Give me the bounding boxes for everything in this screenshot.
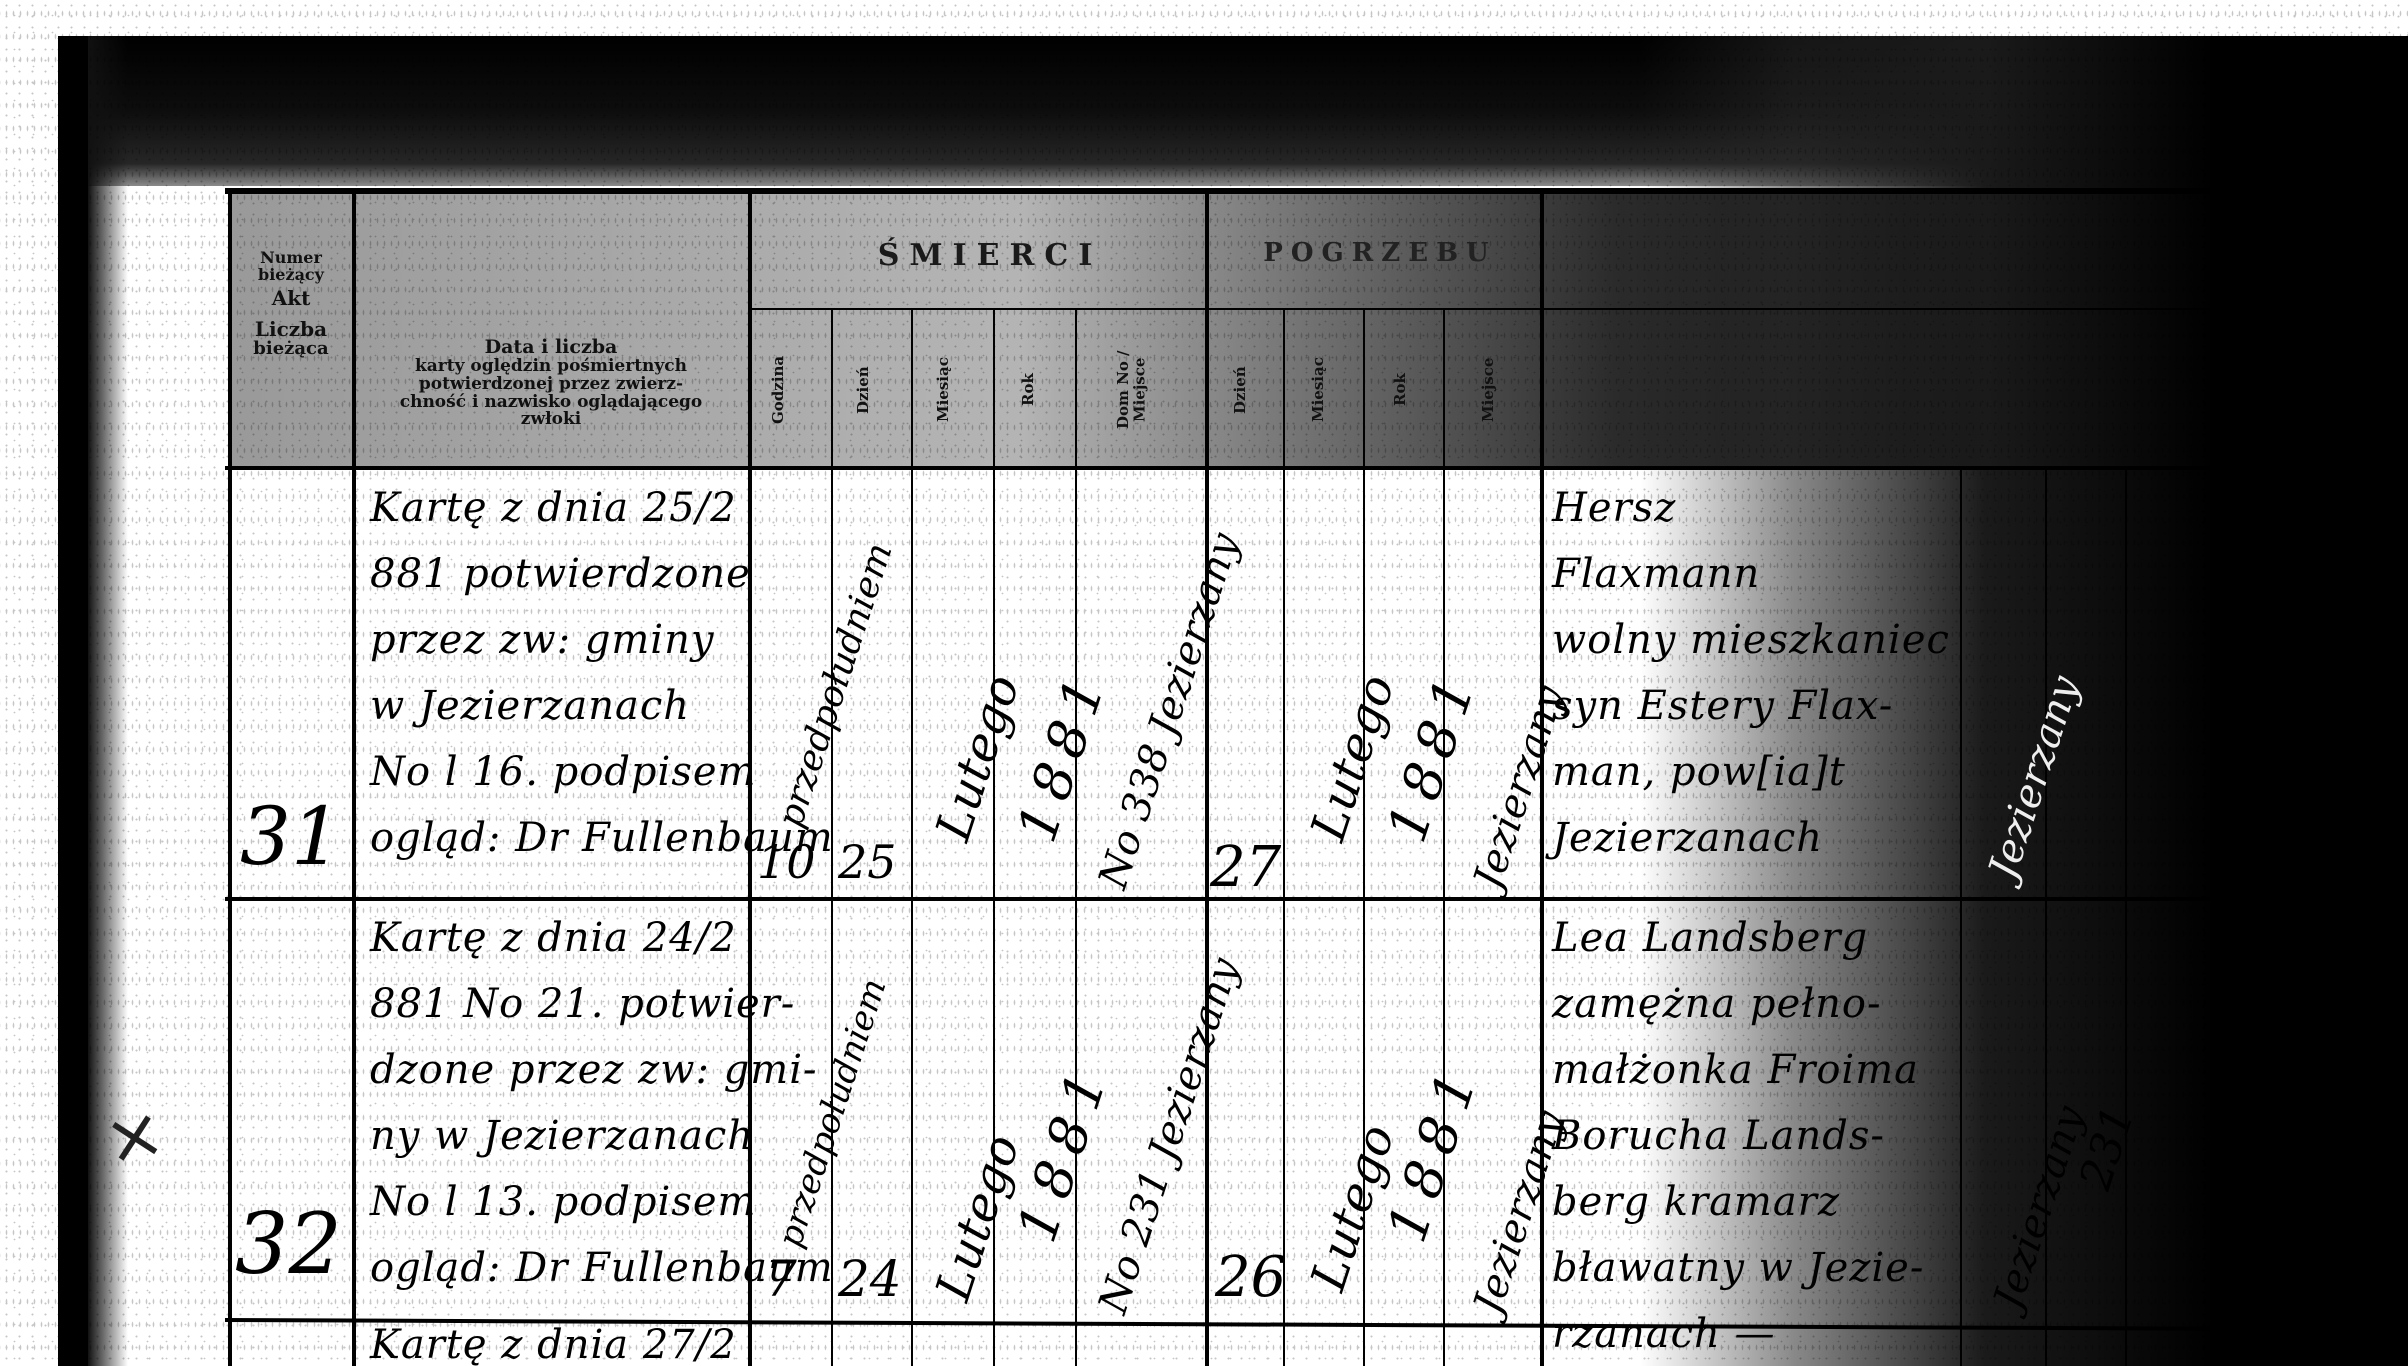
deceased-line: bławatny w Jezie- (1552, 1235, 1924, 1301)
row-31-number: 31 (240, 790, 342, 883)
header-burial-month: Miesiąc (1310, 320, 1327, 460)
row-32-death-day: 24 (838, 1250, 902, 1308)
scan-edge-right-solid (2210, 150, 2408, 950)
row-32-register-note: Kartę z dnia 24/2 881 No 21. potwier- dz… (370, 905, 834, 1301)
row-31-death-day: 25 (838, 835, 897, 889)
col-line-12 (1960, 470, 1962, 1366)
header-register-line: potwierdzonej przez zwierz- (356, 376, 746, 394)
row-33-register-note: Kartę z dnia 27/2 (370, 1322, 737, 1366)
deceased-line: Lea Landsberg (1552, 905, 1924, 971)
row-32-burial-day: 26 (1215, 1245, 1286, 1310)
col-line-14 (2125, 470, 2127, 1366)
header-number-line: bieżąca (232, 340, 350, 359)
header-death-day: Dzień (855, 320, 872, 460)
row-32-number: 32 (235, 1195, 342, 1293)
note-line: ny w Jezierzanach (370, 1103, 834, 1169)
header-death-hour: Godzina (770, 320, 787, 460)
row-32-death-hour: 7 (765, 1250, 797, 1308)
col-line-7 (1205, 188, 1209, 1366)
deceased-line: wolny mieszkaniec (1552, 607, 1950, 673)
header-burial-day: Dzień (1232, 320, 1249, 460)
col-line-15 (2212, 150, 2226, 1366)
row-31-burial-day: 27 (1210, 835, 1281, 900)
deceased-line: małżonka Froima (1552, 1037, 1924, 1103)
deceased-line: Borucha Lands- (1552, 1103, 1924, 1169)
header-death-group: ŚMIERCI (800, 240, 1180, 272)
note-line: No l 16. podpisem (370, 739, 834, 805)
deceased-line: berg kramarz (1552, 1169, 1924, 1235)
note-line: 881 potwierdzone (370, 541, 834, 607)
table-top-border (225, 188, 2215, 194)
note-line: w Jezierzanach (370, 673, 834, 739)
header-number-line: Akt (232, 288, 350, 309)
header-burial-year: Rok (1392, 320, 1409, 460)
header-number-line: Liczba (232, 319, 350, 340)
row-31-register-note: Kartę z dnia 25/2 881 potwierdzone przez… (370, 475, 834, 871)
note-line: dzone przez zw: gmi- (370, 1037, 834, 1103)
row-32-deceased: Lea Landsberg zamężna pełno- małżonka Fr… (1552, 905, 1924, 1366)
header-burial-group: POGRZEBU (1230, 240, 1530, 267)
header-register-line: zwłoki (356, 411, 746, 429)
header-death-year: Rok (1020, 320, 1037, 460)
header-register-col: Data i liczba karty oględzin pośmiertnyc… (356, 338, 746, 429)
note-line: No l 13. podpisem (370, 1169, 834, 1235)
col-line-4 (911, 308, 913, 1366)
deceased-line: Flaxmann (1552, 541, 1950, 607)
header-death-month: Miesiąc (935, 320, 952, 460)
row-31-death-hour: 10 (757, 835, 816, 889)
col-line-0 (228, 188, 232, 1366)
row-31-deceased: Hersz Flaxmann wolny mieszkaniec syn Est… (1552, 475, 1950, 871)
header-number-col: Numer bieżący Akt Liczba bieżąca (232, 250, 350, 358)
header-register-line: Data i liczba (356, 338, 746, 358)
scan-edge-left (58, 36, 88, 1366)
header-bottom-border (225, 466, 2215, 470)
deceased-line: Jezierzanach (1552, 805, 1950, 871)
note-line: przez zw: gminy (370, 607, 834, 673)
deceased-line: zamężna pełno- (1552, 971, 1924, 1037)
header-number-line: bieżący (232, 267, 350, 284)
deceased-line: Hersz (1552, 475, 1950, 541)
note-line: Kartę z dnia 24/2 (370, 905, 834, 971)
deceased-line: man, pow[ia]t (1552, 739, 1950, 805)
col-line-8 (1283, 308, 1285, 1366)
deceased-line: rzanach — (1552, 1301, 1924, 1366)
header-burial-place: Miejsce (1480, 320, 1497, 460)
note-line: 881 No 21. potwier- (370, 971, 834, 1037)
header-death-place: Dom No / Miejsce (1115, 320, 1148, 460)
deceased-line: syn Estery Flax- (1552, 673, 1950, 739)
note-line: Kartę z dnia 25/2 (370, 475, 834, 541)
group-header-divider (750, 308, 2210, 310)
